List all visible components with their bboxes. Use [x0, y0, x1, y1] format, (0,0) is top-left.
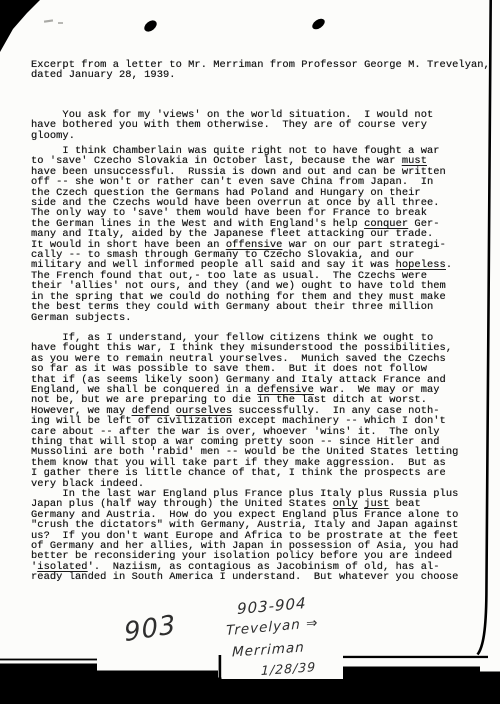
handwritten-date: 1/28/39: [261, 659, 317, 678]
handwritten-recipient: Merriman: [232, 639, 305, 660]
handwritten-annotations: 903 903-904 Trevelyan ⇒ Merriman 1/28/39: [0, 0, 500, 704]
handwritten-page-range: 903-904: [237, 594, 306, 618]
handwritten-sender-arrow: Trevelyan ⇒: [226, 615, 318, 639]
scanned-letter-page: Excerpt from a letter to Mr. Merriman fr…: [0, 0, 500, 704]
handwritten-page-number: 903: [123, 610, 178, 648]
